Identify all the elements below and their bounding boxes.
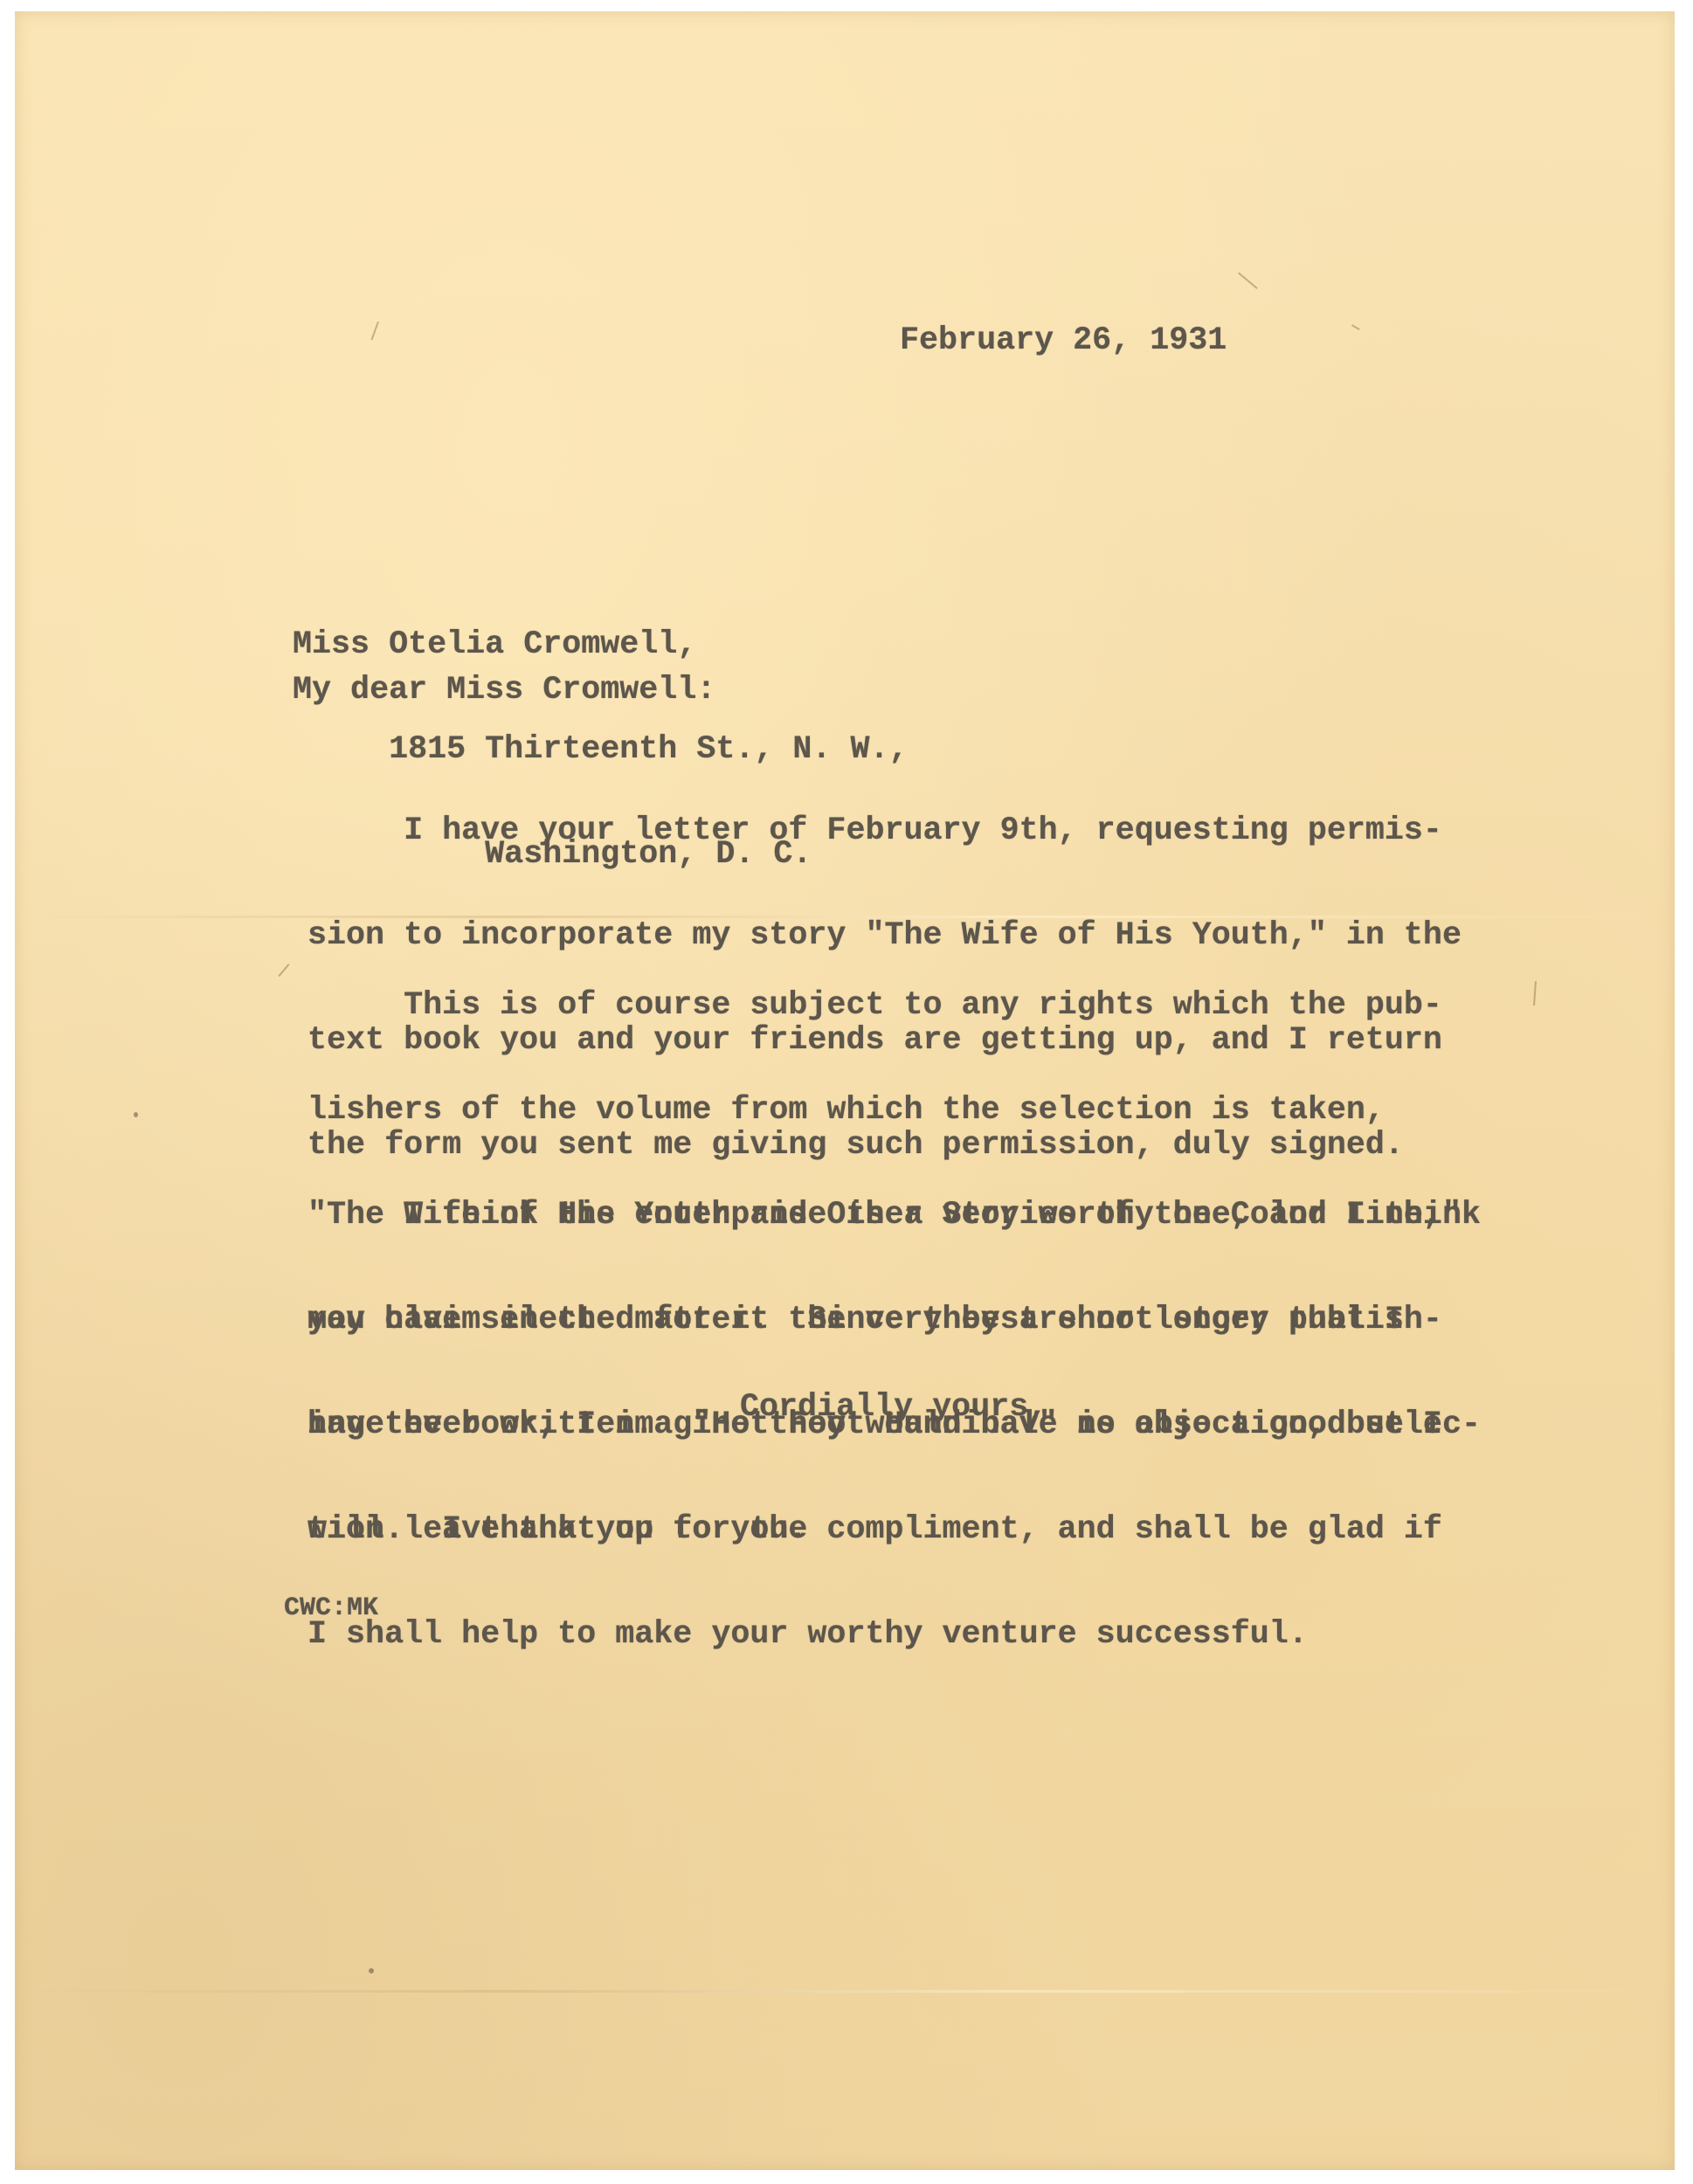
paragraph-line: I have your letter of February 9th, requ… <box>308 813 1462 848</box>
reference-initials: CWC:MK <box>284 1591 378 1626</box>
closing: Cordially yours, <box>740 1390 1047 1425</box>
salutation: My dear Miss Cromwell: <box>293 673 715 708</box>
paper-speck <box>369 1968 374 1973</box>
paragraph-line: lishers of the volume from which the sel… <box>308 1093 1462 1128</box>
paper-fiber <box>370 321 378 340</box>
paper-fiber <box>278 964 289 977</box>
paper-fold-line <box>15 1990 1675 1993</box>
paragraph-line: I shall help to make your worthy venture… <box>308 1617 1481 1652</box>
paper-fiber <box>1533 981 1537 1006</box>
paragraph-line: tion. I thank you for the compliment, an… <box>308 1512 1481 1547</box>
letter-date: February 26, 1931 <box>900 323 1227 358</box>
letter-paper: February 26, 1931 Miss Otelia Cromwell, … <box>15 11 1675 2170</box>
paragraph-line: This is of course subject to any rights … <box>308 988 1462 1023</box>
paragraph-line: I think the enterprise is a very worthy … <box>308 1198 1481 1233</box>
paper-speck <box>134 1112 138 1117</box>
paragraph-line: you have selected for it the very best s… <box>308 1303 1481 1337</box>
paper-fiber <box>1238 272 1258 289</box>
paper-fiber <box>1351 324 1360 330</box>
recipient-name: Miss Otelia Cromwell, <box>293 627 909 662</box>
